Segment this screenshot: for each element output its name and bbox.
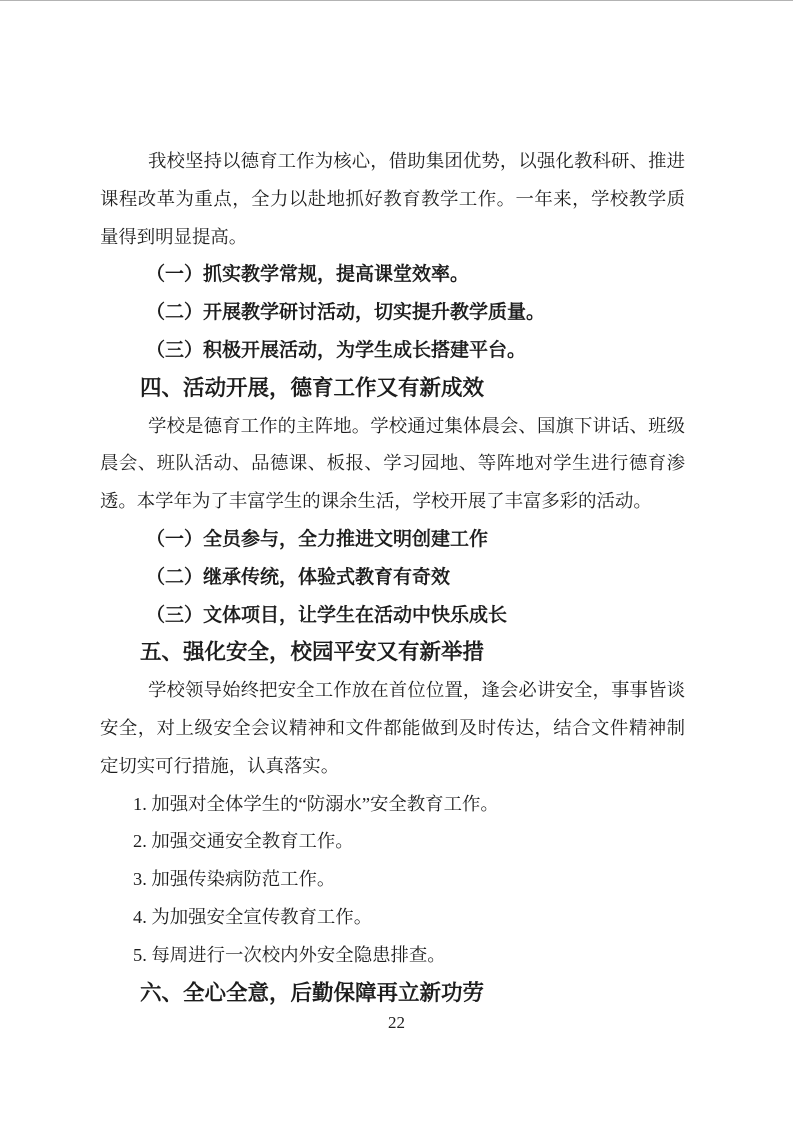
subheading-activity-2: （二）继承传统，体验式教育有奇效 <box>100 559 685 597</box>
para-moral-line-2: 晨会、班队活动、品德课、板报、学习园地、等阵地对学生进行德育渗 <box>100 445 685 483</box>
para-safety-line-1: 学校领导始终把安全工作放在首位位置，逢会必讲安全，事事皆谈 <box>100 672 685 710</box>
list-item-safety-2: 2. 加强交通安全教育工作。 <box>100 823 685 861</box>
list-item-safety-5: 5. 每周进行一次校内外安全隐患排查。 <box>100 937 685 975</box>
document-page: 我校坚持以德育工作为核心，借助集团优势，以强化教科研、推进 课程改革为重点，全力… <box>0 0 793 1122</box>
section-heading-5: 五、强化安全，校园平安又有新举措 <box>100 634 685 672</box>
section-heading-6: 六、全心全意，后勤保障再立新功劳 <box>100 975 685 1013</box>
section-heading-4: 四、活动开展，德育工作又有新成效 <box>100 370 685 408</box>
para-moral-line-1: 学校是德育工作的主阵地。学校通过集体晨会、国旗下讲话、班级 <box>100 408 685 446</box>
subheading-activity-3: （三）文体项目，让学生在活动中快乐成长 <box>100 597 685 635</box>
subheading-activity-1: （一）全员参与，全力推进文明创建工作 <box>100 521 685 559</box>
subheading-teaching-2: （二）开展教学研讨活动，切实提升教学质量。 <box>100 294 685 332</box>
para-safety-line-3: 定切实可行措施，认真落实。 <box>100 748 685 786</box>
para-teaching-line-1: 我校坚持以德育工作为核心，借助集团优势，以强化教科研、推进 <box>100 143 685 181</box>
subheading-teaching-3: （三）积极开展活动，为学生成长搭建平台。 <box>100 332 685 370</box>
list-item-safety-4: 4. 为加强安全宣传教育工作。 <box>100 899 685 937</box>
list-item-safety-3: 3. 加强传染病防范工作。 <box>100 861 685 899</box>
page-number: 22 <box>0 1013 793 1033</box>
text-block: 我校坚持以德育工作为核心，借助集团优势，以强化教科研、推进 课程改革为重点，全力… <box>100 143 685 1012</box>
para-safety-line-2: 安全，对上级安全会议精神和文件都能做到及时传达，结合文件精神制 <box>100 710 685 748</box>
para-teaching-line-3: 量得到明显提高。 <box>100 219 685 257</box>
para-teaching-line-2: 课程改革为重点，全力以赴地抓好教育教学工作。一年来，学校教学质 <box>100 181 685 219</box>
subheading-teaching-1: （一）抓实教学常规，提高课堂效率。 <box>100 256 685 294</box>
list-item-safety-1: 1. 加强对全体学生的“防溺水”安全教育工作。 <box>100 786 685 824</box>
para-moral-line-3: 透。本学年为了丰富学生的课余生活，学校开展了丰富多彩的活动。 <box>100 483 685 521</box>
